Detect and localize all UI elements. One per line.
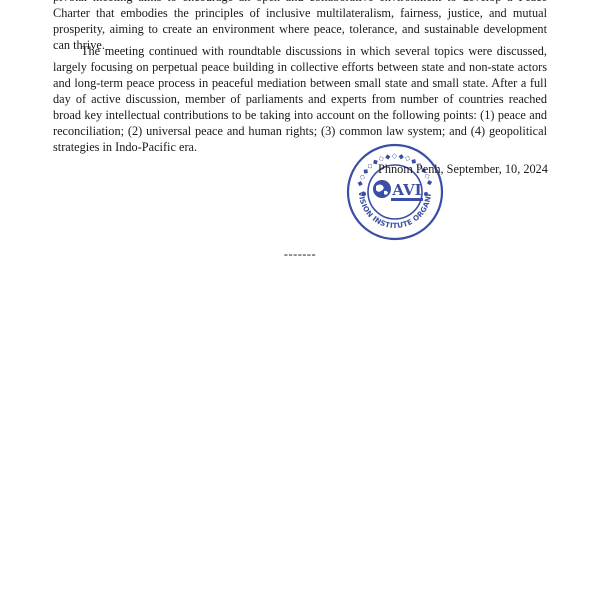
- place-and-date: Phnom Penh, September, 10, 2024: [378, 161, 548, 177]
- svg-text:AVI: AVI: [391, 181, 421, 199]
- paragraph-2: The meeting continued with roundtable di…: [53, 43, 547, 155]
- document-page: pivotal meeting aims to encourage an ope…: [0, 0, 600, 600]
- organization-seal-icon: ASIAN VISION INSTITUTE ORGANIZATION ◆◇◆◇…: [345, 142, 445, 242]
- end-marker: -------: [0, 246, 600, 262]
